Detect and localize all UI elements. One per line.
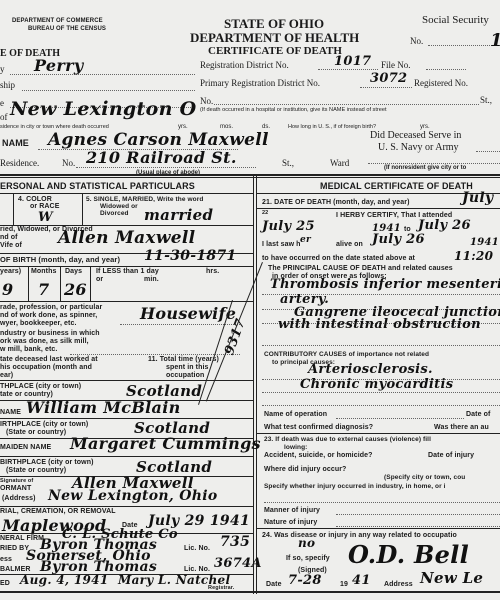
sign-year-value[interactable]: 41 [352, 573, 371, 588]
occupation-underline [120, 324, 240, 325]
alive-on-value[interactable]: July 26 [372, 232, 425, 247]
age-years-value[interactable]: 9 [2, 280, 13, 299]
if-so-label: If so, specify [286, 555, 330, 562]
rule [0, 301, 253, 302]
personal-section-title: ERSONAL AND STATISTICAL PARTICULARS [0, 181, 195, 191]
township-underline [22, 90, 195, 91]
sign-date-label: Date [266, 581, 282, 588]
specify-city-label: (Specify city or town, cou [384, 474, 465, 481]
date-of-death-label: 21. DATE OF DEATH (month, day, and year) [262, 199, 410, 206]
cause-underline [262, 405, 500, 406]
mother-maiden-name-label: MAIDEN NAME [0, 444, 51, 451]
buried-by-label: RIED BY [0, 545, 29, 552]
served-label-1: Did Deceased Serve in [370, 130, 461, 141]
informant-address-label: (Address) [2, 495, 36, 502]
age-days-value[interactable]: 26 [64, 280, 87, 299]
occupation-value[interactable]: Housewife [140, 304, 236, 323]
dob-label: OF BIRTH (month, day, and year) [0, 255, 120, 264]
cause-underline [262, 345, 500, 346]
alive-on-label: alive on [336, 241, 363, 248]
item-22-label: 22 [262, 210, 268, 216]
cause-underline [262, 392, 500, 393]
dept-commerce: DEPARTMENT OF COMMERCE [12, 18, 103, 24]
item-23-label-1: 23. If death was due to external causes … [264, 436, 431, 443]
test-label: What test confirmed diagnosis? [264, 424, 373, 431]
nature-label: Nature of injury [264, 519, 317, 526]
hrs-label: hrs. [206, 268, 219, 275]
physician-address-value[interactable]: New Le [420, 569, 483, 587]
marital-label-3: Divorced [100, 210, 129, 217]
residence-label: Residence. [0, 158, 39, 168]
principal-cause-label-1: The PRINCIPAL CAUSE OF DEATH and related… [268, 265, 453, 272]
industry-label-3: w mill, bank, etc. [0, 346, 57, 353]
operation-field[interactable] [336, 418, 464, 419]
manner-field[interactable] [336, 514, 500, 515]
rule [0, 506, 253, 507]
attended-to-value[interactable]: July 26 [418, 218, 471, 233]
section-divider-2 [0, 177, 500, 178]
occurred-label: to have occurred on the date stated abov… [262, 255, 415, 262]
burial-label: RIAL, CREMATION, OR REMOVAL [0, 508, 116, 515]
embalmer-lic-value[interactable]: 3674A [214, 556, 262, 571]
rule [13, 193, 14, 225]
rule [0, 418, 253, 419]
physician-address-label: Address [384, 581, 413, 588]
rule [256, 208, 500, 209]
served-field[interactable] [476, 151, 500, 152]
contributory-cause-1[interactable]: Arteriosclerosis. [308, 362, 433, 377]
last-worked-label-3: ear) [0, 372, 13, 379]
file-no-field[interactable] [426, 69, 466, 70]
less-than-day-label: If LESS than 1 day [96, 268, 159, 275]
embalmer-lic-label: Lic. No. [184, 566, 210, 573]
medical-section-title: MEDICAL CERTIFICATE OF DEATH [320, 181, 473, 191]
hospital-note: (If death occurred in a hospital or inst… [200, 107, 387, 113]
mother-birthplace-label-1: BIRTHPLACE (city or town) [0, 459, 94, 466]
min-label: min. [144, 276, 159, 283]
nonresident-underline [368, 163, 500, 164]
dept-health-title: DEPARTMENT OF HEALTH [190, 30, 359, 46]
rule [90, 266, 91, 301]
foreign-birth-label: How long in U. S., if of foreign birth? [288, 124, 376, 130]
primary-registration-value[interactable]: 3072 [370, 71, 407, 86]
industry-label-2: ork was done, as silk mill, [0, 338, 89, 345]
registration-district-underline [318, 69, 378, 70]
item-23-label-2: lowing: [284, 444, 307, 451]
rule [256, 528, 500, 529]
deceased-name[interactable]: Agnes Carson Maxwell [48, 130, 269, 150]
alive-year-value[interactable]: 1941 [470, 237, 499, 248]
time-of-death-value[interactable]: 11:20 [454, 249, 493, 263]
total-time-label-2: spent in this [166, 364, 209, 371]
age-days-label: Days [65, 268, 82, 275]
registration-district-value[interactable]: 1017 [334, 54, 371, 69]
informant-label-1: Signature of [0, 478, 33, 484]
father-birthplace-label-2: (State or country) [6, 429, 66, 436]
principal-cause-4[interactable]: with intestinal obstruction [278, 317, 481, 332]
nature-field[interactable] [336, 526, 500, 527]
file-no-label: File No. [381, 60, 411, 70]
primary-registration-underline [360, 87, 412, 88]
age-years-label: years) [0, 268, 21, 275]
residence-st-label: St., [282, 158, 294, 168]
race-label: or RACE [30, 203, 59, 210]
rule [0, 266, 253, 267]
rule [0, 380, 253, 381]
file-no-mark: 1 [490, 30, 500, 51]
rule [28, 266, 29, 301]
sign-year-prefix: 19 [340, 581, 348, 588]
father-name[interactable]: William McBlain [26, 398, 181, 417]
section-divider [0, 174, 500, 176]
industry-label-1: ndustry or business in which [0, 330, 100, 337]
nonresident-note: (If nonresident give city or to [384, 165, 466, 171]
operation-label: Name of operation [264, 411, 327, 418]
contributory-label-1: CONTRIBUTORY CAUSES of importance not re… [264, 351, 429, 358]
city-label: of [0, 112, 8, 122]
informant-label-2: ORMANT [0, 485, 31, 492]
marital-status-value[interactable]: married [144, 206, 213, 224]
operation-date-label: Date of [466, 411, 490, 418]
village-label: e [0, 98, 4, 108]
social-security-label: Social Security [422, 14, 489, 26]
total-time-label-1: 11. Total time (years) [148, 356, 219, 363]
embalmer-label: BALMER [0, 566, 31, 573]
date-of-death-value[interactable]: July [462, 190, 493, 206]
rule [82, 193, 83, 225]
column-divider-2 [256, 174, 257, 594]
county-value[interactable]: Perry [34, 56, 83, 75]
name-label: NAME [2, 138, 29, 148]
occupation-label-1: rade, profession, or particular [0, 304, 102, 311]
filed-label: ED [0, 580, 10, 587]
sign-date-value[interactable]: 7-28 [288, 573, 322, 588]
served-label-2: U. S. Navy or Army [378, 142, 459, 153]
marital-label: 5. SINGLE, MARRIED, Write the word [86, 196, 203, 203]
where-injury-label: Where did injury occur? [264, 466, 346, 473]
father-name-label: NAME [0, 409, 21, 416]
last-worked-label-1: tate deceased last worked at [0, 356, 98, 363]
residence-underline [76, 167, 256, 168]
certificate-title: CERTIFICATE OF DEATH [208, 45, 342, 57]
registered-no-label: Registered No. [414, 78, 468, 88]
rule [60, 266, 61, 301]
item-24-value[interactable]: no [298, 536, 315, 550]
residence-no-label: No. [62, 158, 75, 168]
spouse-label-2: nd of [0, 234, 18, 241]
age-months-label: Months [31, 268, 56, 275]
bureau-census: BUREAU OF THE CENSUS [28, 26, 106, 32]
county-label: y [0, 64, 5, 74]
birthplace-label-2: tate or country) [0, 391, 53, 398]
race-value[interactable]: W [38, 210, 53, 225]
residence-value[interactable]: 210 Railroad St. [86, 148, 237, 167]
bottom-border [0, 591, 500, 593]
filed-date-value[interactable]: Aug. 4, 1941 [20, 573, 109, 587]
father-birthplace-label-1: IRTHPLACE (city or town) [0, 421, 88, 428]
age-months-value[interactable]: 7 [38, 280, 49, 299]
mother-maiden-name[interactable]: Margaret Cummings [70, 434, 261, 453]
street-no-label: No. [200, 96, 213, 106]
spouse-name[interactable]: Allen Maxwell [58, 228, 195, 248]
mother-birthplace-label-2: (State or country) [6, 467, 66, 474]
rule [256, 433, 500, 434]
contributory-cause-2[interactable]: Chronic myocarditis [300, 377, 453, 392]
column-divider [253, 174, 254, 594]
last-saw-pronoun[interactable]: er [300, 235, 311, 245]
specify-industry-label: Specify whether injury occurred in indus… [264, 483, 446, 490]
birthplace-label-1: THPLACE (city or town) [0, 383, 81, 390]
registration-district-label: Registration District No. [200, 60, 289, 70]
rule [0, 193, 253, 194]
total-time-label-3: occupation [166, 372, 204, 379]
township-label: ship [0, 80, 15, 90]
marital-label-2: Widowed or [100, 203, 138, 210]
spouse-label-3: Vife of [0, 242, 22, 249]
rule [0, 456, 253, 457]
autopsy-label: Was there an au [434, 424, 489, 431]
injury-detail-field[interactable] [264, 502, 500, 503]
occupation-label-3: wyer, bookkeeper, etc. [0, 320, 77, 327]
informant-address-value[interactable]: New Lexington, Ohio [48, 488, 217, 504]
dob-value[interactable]: 11-30-1871 [144, 248, 237, 264]
ss-no-label: No. [410, 36, 423, 46]
principal-cause-1[interactable]: Thrombosis inferior mesenteric [270, 277, 500, 292]
street-label: St., [480, 95, 492, 105]
color-label: 4. COLOR [18, 196, 52, 203]
manner-label: Manner of injury [264, 507, 320, 514]
item-24-label: 24. Was disease or injury in any way rel… [262, 532, 457, 539]
injury-date-label: Date of injury [428, 452, 474, 459]
occupation-label-2: nd of work done, as spinner, [0, 312, 97, 319]
buried-lic-label: Lic. No. [184, 545, 210, 552]
ward-label: Ward [330, 158, 349, 168]
last-saw-label: I last saw h [262, 241, 301, 248]
buried-address-label: ess [0, 556, 12, 563]
or-label: or [96, 276, 103, 283]
funeral-firm-label: NERAL FIRM [0, 535, 44, 542]
buried-lic-value[interactable]: 735 [220, 534, 250, 550]
city-value[interactable]: New Lexington O [10, 98, 196, 120]
street-underline [214, 104, 479, 105]
attended-from-value[interactable]: July 25 [262, 219, 315, 234]
primary-registration-label: Primary Registration District No. [200, 78, 320, 88]
physician-signature[interactable]: O.D. Bell [348, 540, 469, 569]
accident-label: Accident, suicide, or homicide? [264, 452, 373, 459]
last-worked-label-2: his occupation (month and [0, 364, 92, 371]
